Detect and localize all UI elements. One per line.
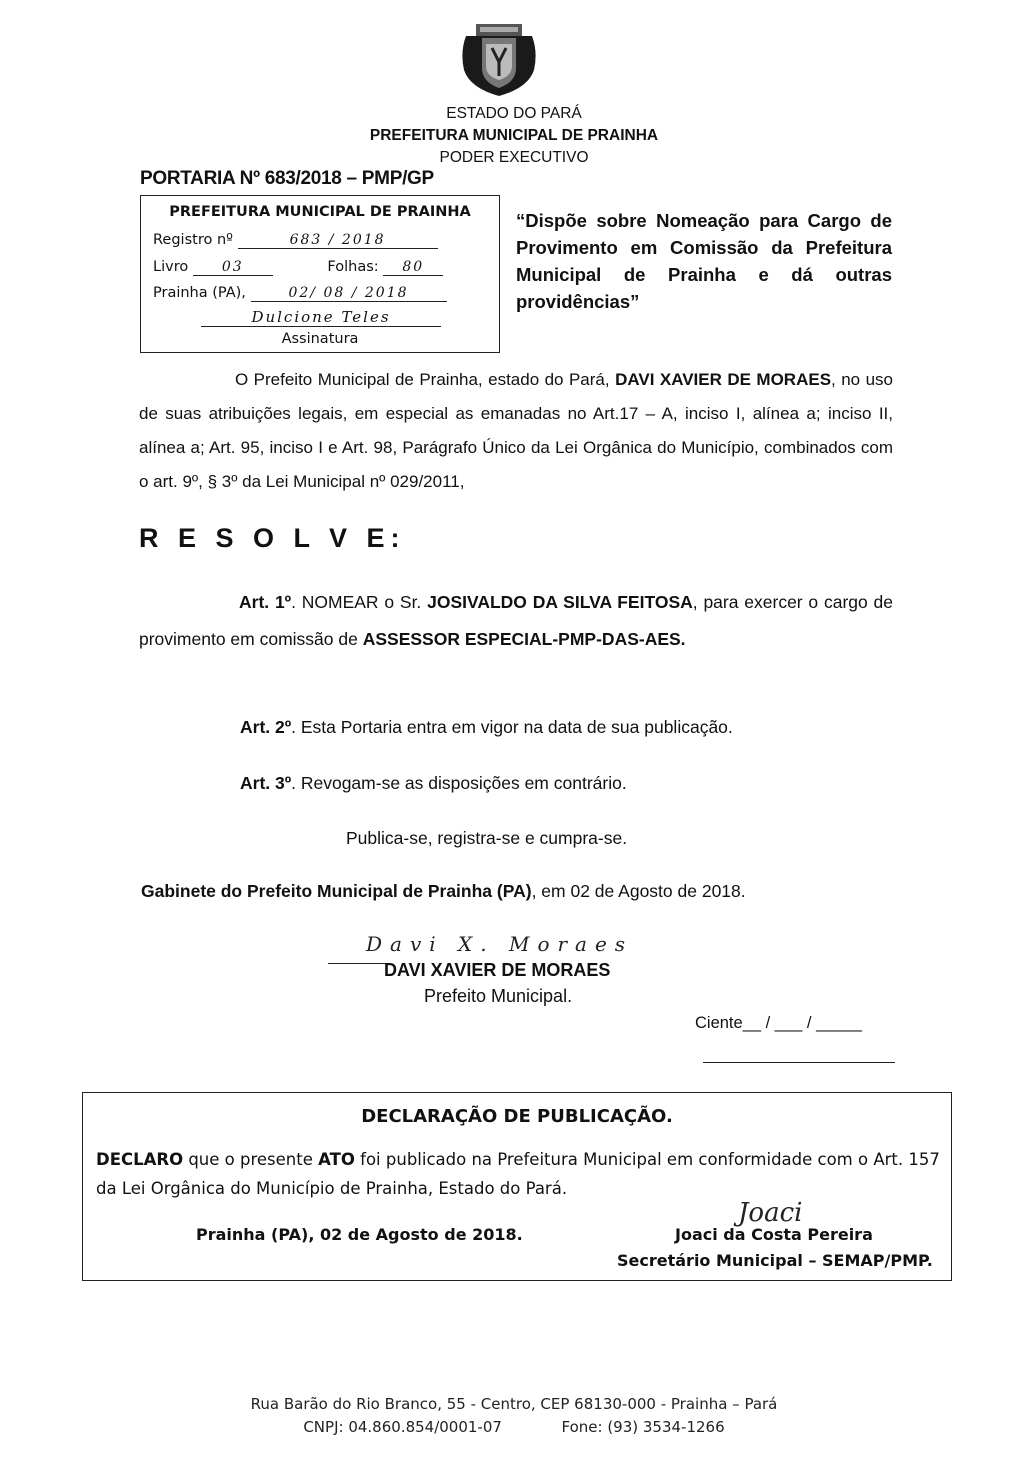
appointee-name: JOSIVALDO DA SILVA FEITOSA: [427, 592, 693, 612]
article-3-text: . Revogam-se as disposições em contrário…: [291, 773, 627, 793]
poder-heading: PODER EXECUTIVO: [0, 147, 1028, 168]
register-stamp-box: PREFEITURA MUNICIPAL DE PRAINHA Registro…: [140, 195, 500, 353]
publication-text-a: que o presente: [183, 1150, 318, 1169]
mayor-handwritten-signature: Davi X. Moraes: [366, 932, 633, 956]
publication-date: Prainha (PA), 02 de Agosto de 2018.: [196, 1225, 523, 1244]
municipal-coat-of-arms-icon: [452, 22, 546, 98]
portaria-title: PORTARIA Nº 683/2018 – PMP/GP: [140, 168, 434, 190]
article-1: Art. 1º. NOMEAR o Sr. JOSIVALDO DA SILVA…: [139, 584, 893, 658]
secretary-name: Joaci da Costa Pereira: [675, 1225, 873, 1244]
gabinete-line: Gabinete do Prefeito Municipal de Prainh…: [141, 881, 746, 902]
declaro-word: DECLARO: [96, 1150, 183, 1169]
place-label: Prainha (PA),: [153, 285, 246, 301]
gabinete-date: , em 02 de Agosto de 2018.: [532, 881, 746, 901]
ato-word: ATO: [318, 1150, 355, 1169]
registro-label: Registro nº: [153, 232, 233, 248]
footer-address: Rua Barão do Rio Branco, 55 - Centro, CE…: [0, 1393, 1028, 1415]
ciente-field: Ciente__ / ___ / _____: [695, 1014, 862, 1033]
signature-label: Assinatura: [141, 331, 499, 347]
footer-phone: Fone: (93) 3534-1266: [562, 1418, 725, 1436]
preamble-intro: O Prefeito Municipal de Prainha, estado …: [235, 370, 615, 389]
publication-text: DECLARO que o presente ATO foi publicado…: [96, 1145, 946, 1203]
closing-formula: Publica-se, registra-se e cumpra-se.: [346, 828, 627, 849]
registro-value: 683 / 2018: [238, 232, 438, 249]
state-heading: ESTADO DO PARÁ: [0, 103, 1028, 124]
register-date-value: 02/ 08 / 2018: [251, 285, 447, 302]
publication-title: DECLARAÇÃO DE PUBLICAÇÃO.: [83, 1106, 951, 1127]
folhas-label: Folhas:: [327, 259, 378, 275]
article-2: Art. 2º. Esta Portaria entra em vigor na…: [240, 717, 733, 738]
livro-label: Livro: [153, 259, 188, 275]
mayor-name: DAVI XAVIER DE MORAES: [615, 370, 831, 389]
ementa: “Dispõe sobre Nomeação para Cargo de Pro…: [516, 207, 892, 315]
mayor-signature-name: DAVI XAVIER DE MORAES: [384, 960, 610, 981]
footer-contact: CNPJ: 04.860.854/0001-07 Fone: (93) 3534…: [0, 1416, 1028, 1438]
register-box-title: PREFEITURA MUNICIPAL DE PRAINHA: [141, 204, 499, 220]
article-3: Art. 3º. Revogam-se as disposições em co…: [240, 773, 627, 794]
article-3-label: Art. 3º: [240, 773, 291, 793]
mayor-signature-role: Prefeito Municipal.: [424, 986, 572, 1007]
footer-cnpj: CNPJ: 04.860.854/0001-07: [303, 1418, 502, 1436]
article-1-label: Art. 1º: [239, 592, 291, 612]
date-row: Prainha (PA), 02/ 08 / 2018: [153, 285, 447, 302]
folhas-value: 80: [383, 259, 443, 276]
article-1-text-a: . NOMEAR o Sr.: [291, 592, 427, 612]
article-2-label: Art. 2º: [240, 717, 291, 737]
secretary-handwritten-signature: Joaci: [738, 1198, 802, 1228]
article-2-text: . Esta Portaria entra em vigor na data d…: [291, 717, 733, 737]
registro-row: Registro nº 683 / 2018: [153, 232, 438, 249]
preamble-paragraph: O Prefeito Municipal de Prainha, estado …: [139, 363, 893, 499]
register-signature: Dulcione Teles: [201, 308, 441, 327]
signature-row: Dulcione Teles: [201, 308, 441, 327]
publication-declaration-box: DECLARAÇÃO DE PUBLICAÇÃO. DECLARO que o …: [82, 1092, 952, 1281]
gabinete-bold: Gabinete do Prefeito Municipal de Prainh…: [141, 881, 532, 901]
resolve-heading: R E S O L V E:: [139, 523, 406, 554]
cargo-name: ASSESSOR ESPECIAL-PMP-DAS-AES.: [363, 629, 686, 649]
livro-row: Livro 03 Folhas: 80: [153, 259, 443, 276]
ciente-signature-line: [703, 1062, 895, 1063]
prefeitura-heading: PREFEITURA MUNICIPAL DE PRAINHA: [0, 125, 1028, 146]
secretary-role: Secretário Municipal – SEMAP/PMP.: [617, 1251, 933, 1270]
livro-value: 03: [193, 259, 273, 276]
